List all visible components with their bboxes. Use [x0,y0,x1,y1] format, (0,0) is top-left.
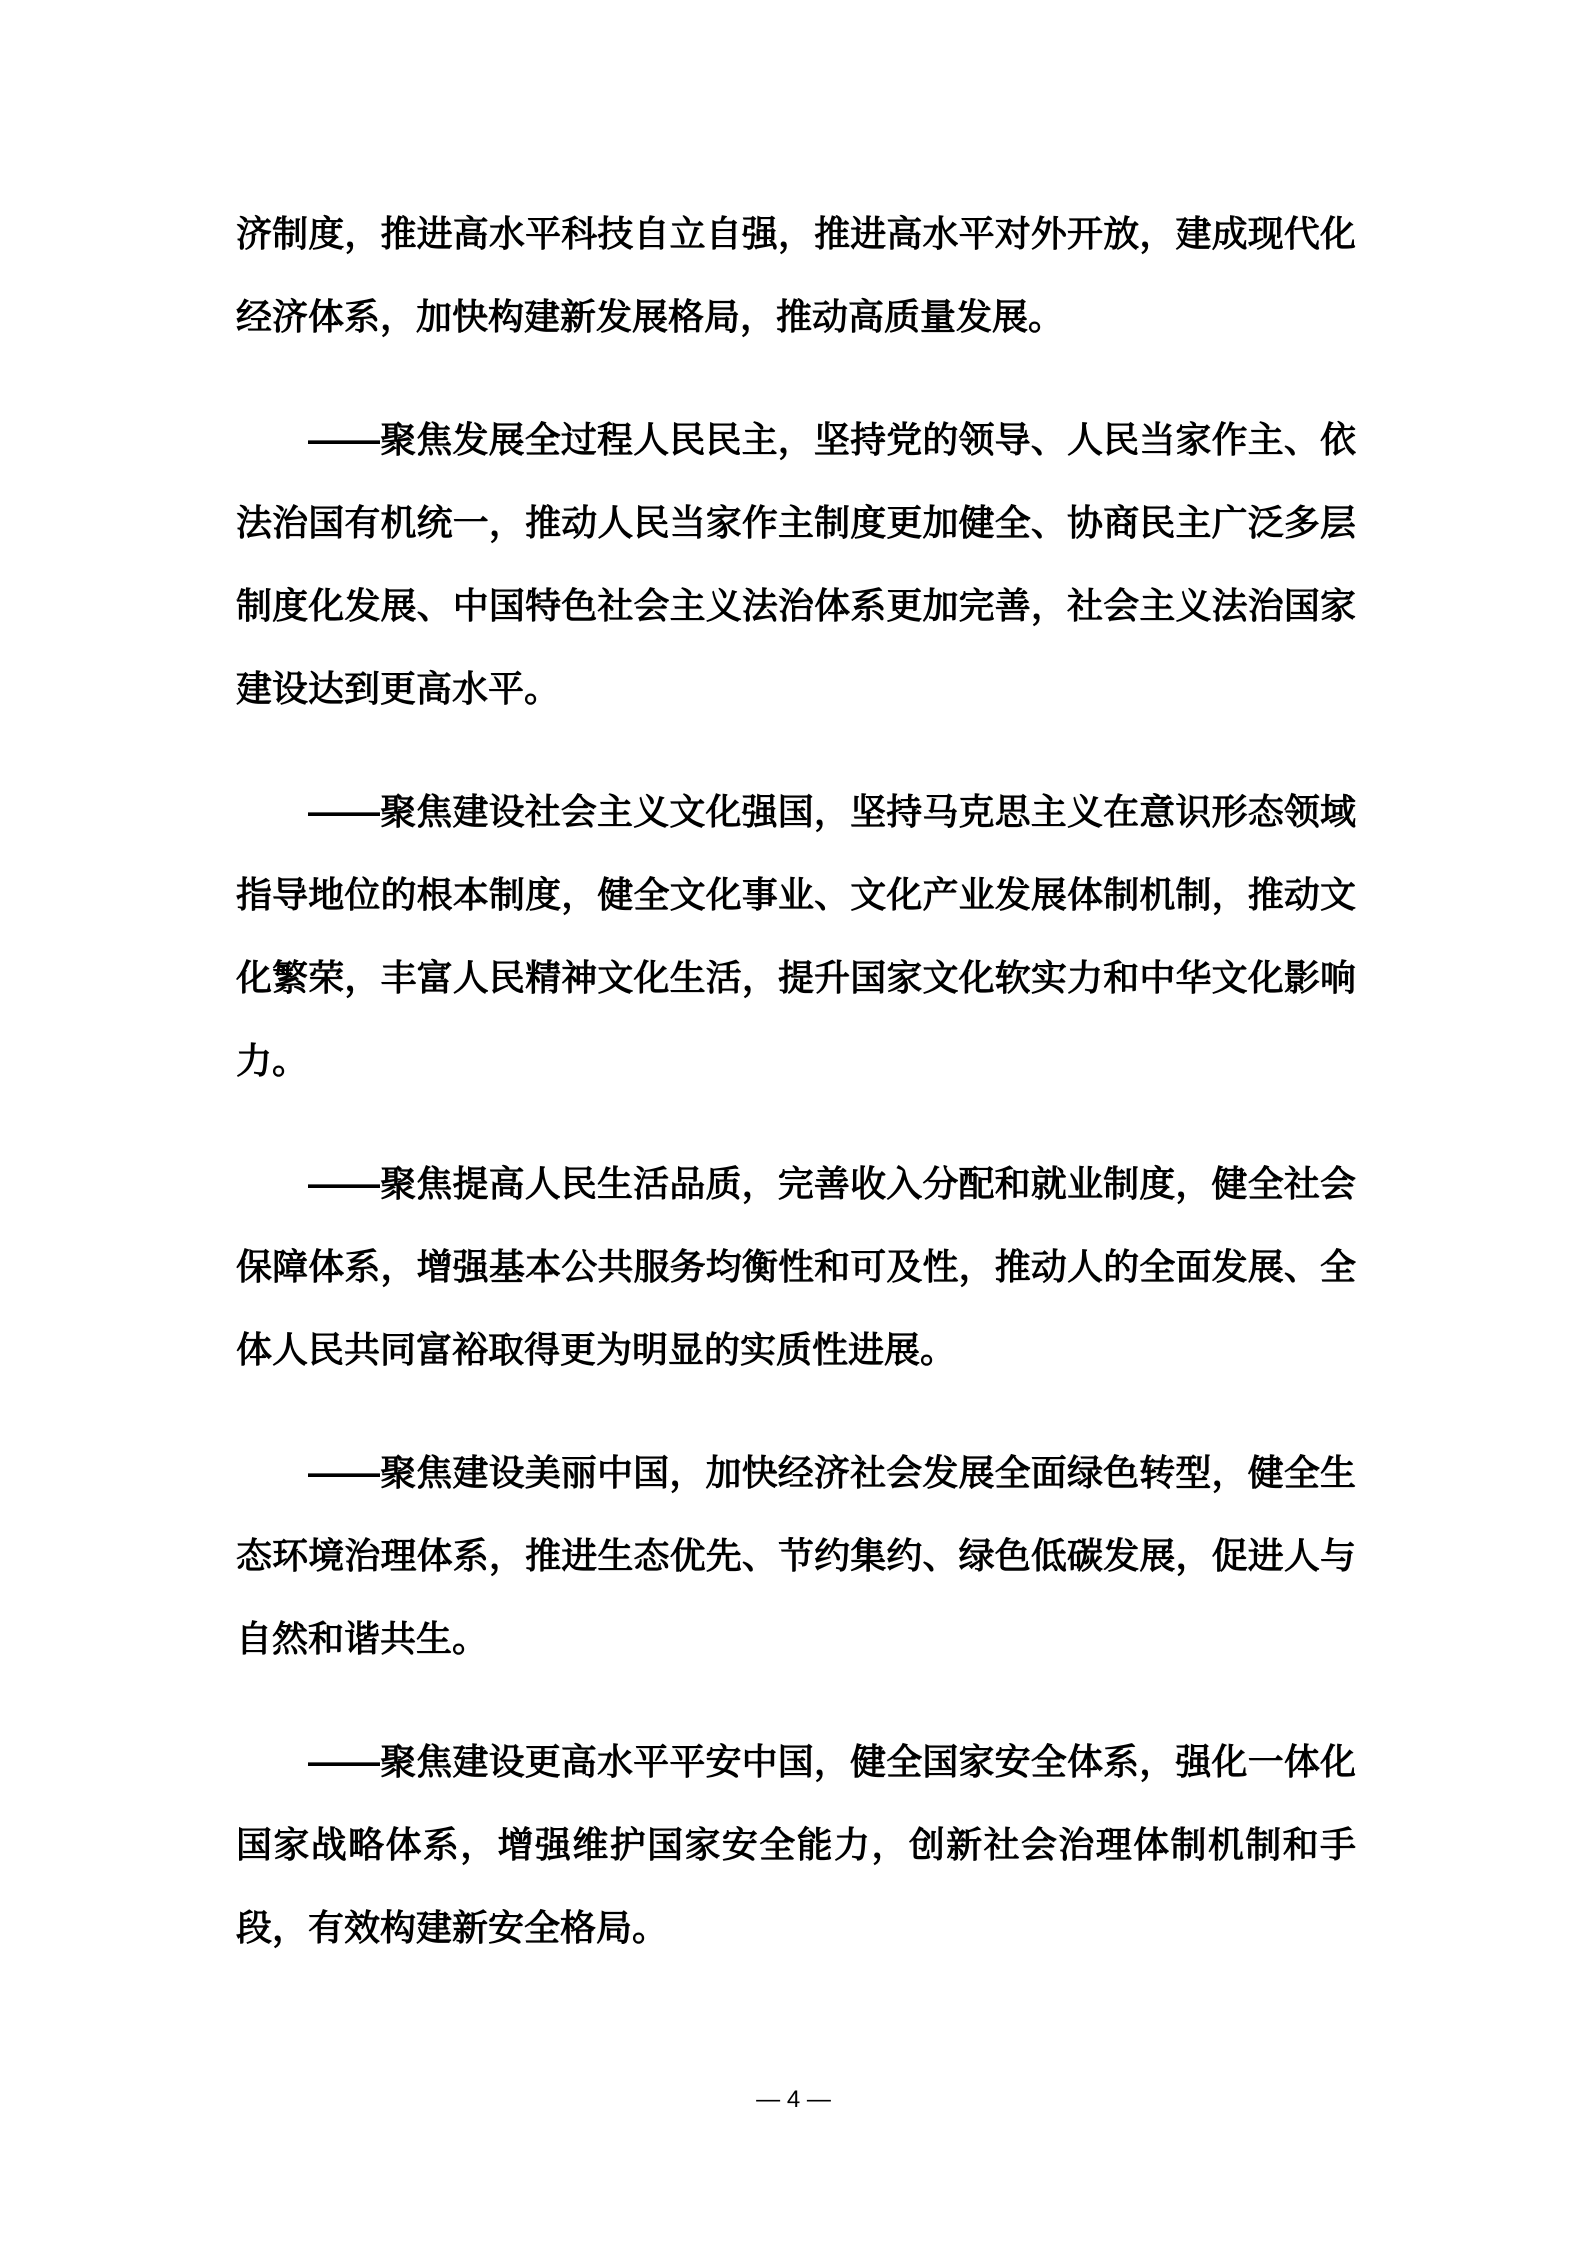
paragraph: 济制度，推进高水平科技自立自强，推进高水平对外开放，建成现代化经济体系，加快构建… [236,192,1356,358]
page-number: — 4 — [756,2086,831,2113]
document-page: 济制度，推进高水平科技自立自强，推进高水平对外开放，建成现代化经济体系，加快构建… [0,0,1587,2245]
page-footer: — 4 — [0,2086,1587,2114]
document-body: 济制度，推进高水平科技自立自强，推进高水平对外开放，建成现代化经济体系，加快构建… [236,192,1356,1969]
paragraph: ——聚焦发展全过程人民民主，坚持党的领导、人民当家作主、依法治国有机统一，推动人… [236,398,1356,730]
paragraph: ——聚焦建设更高水平平安中国，健全国家安全体系，强化一体化国家战略体系，增强维护… [236,1720,1356,1969]
paragraph: ——聚焦建设社会主义文化强国，坚持马克思主义在意识形态领域指导地位的根本制度，健… [236,770,1356,1102]
paragraph: ——聚焦提高人民生活品质，完善收入分配和就业制度，健全社会保障体系，增强基本公共… [236,1142,1356,1391]
paragraph: ——聚焦建设美丽中国，加快经济社会发展全面绿色转型，健全生态环境治理体系，推进生… [236,1431,1356,1680]
